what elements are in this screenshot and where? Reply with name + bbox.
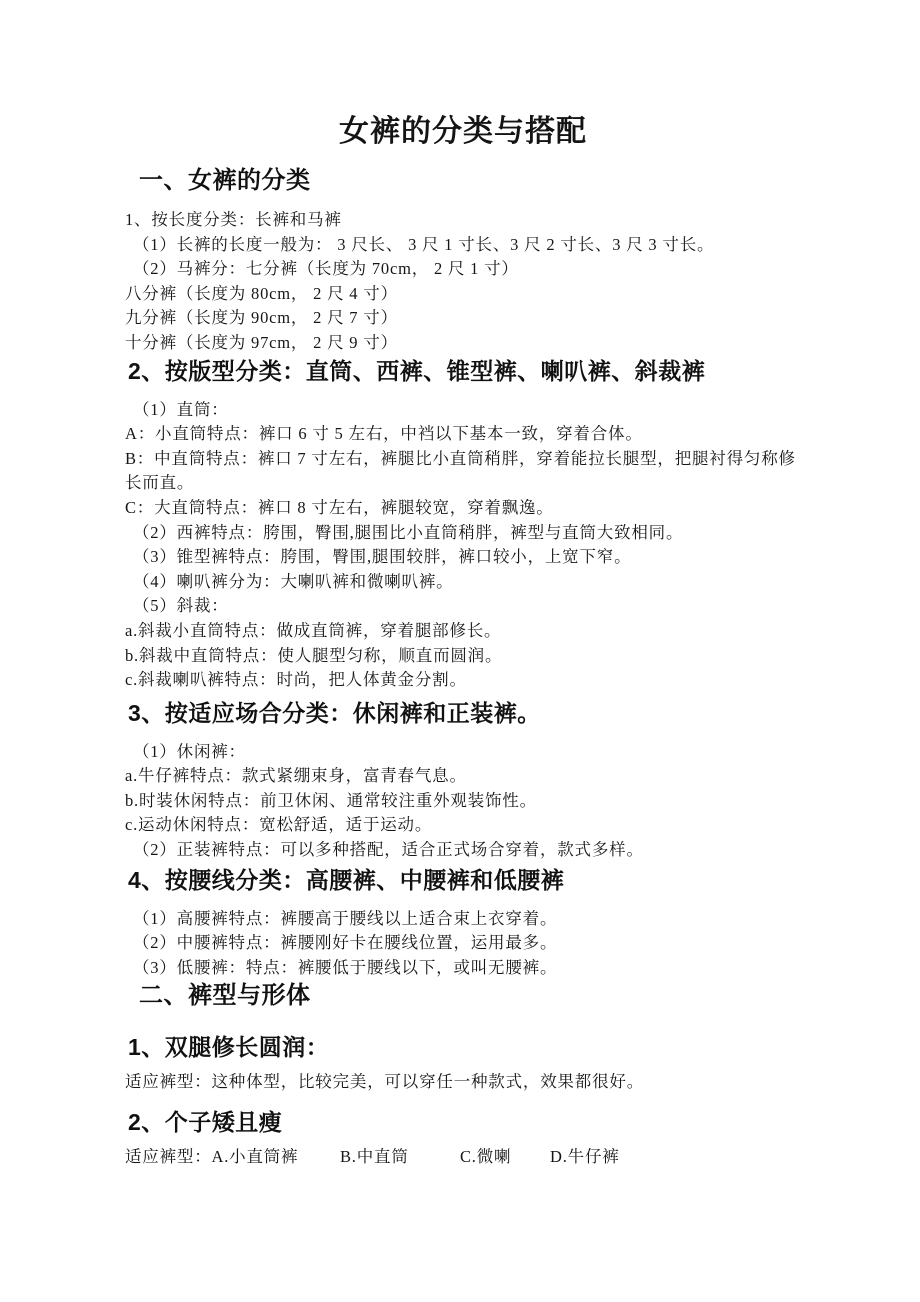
paragraph-ma-pants: （2）马裤分：七分裤（长度为 70cm， 2 尺 1 寸）: [125, 257, 801, 282]
fit-options-line: 适应裤型：A.小直筒裤B.中直筒C.微喇D.牛仔裤: [125, 1145, 801, 1170]
fit-option-b: B.中直筒: [340, 1145, 460, 1170]
paragraph-suit-pants: （2）西裤特点：胯围，臀围,腿围比小直筒稍胖，裤型与直筒大致相同。: [125, 521, 801, 546]
paragraph-bias-mid-straight: b.斜裁中直筒特点：使人腿型匀称，顺直而圆润。: [125, 644, 801, 669]
paragraph-jeans: a.牛仔裤特点：款式紧绷束身，富青春气息。: [125, 764, 801, 789]
paragraph-cone-pants: （3）锥型裤特点：胯围，臀围,腿围较胖，裤口较小，上宽下窄。: [125, 545, 801, 570]
paragraph-fit-perfect: 适应裤型：这种体型，比较完美，可以穿任一种款式，效果都很好。: [125, 1070, 801, 1095]
subsection3-heading: 3、按适应场合分类：休闲裤和正装裤。: [128, 698, 801, 729]
paragraph-sport-casual: c.运动休闲特点：宽松舒适，适于运动。: [125, 813, 801, 838]
section2-heading: 二、裤型与形体: [139, 980, 801, 1012]
paragraph-low-waist: （3）低腰裤：特点：裤腰低于腰线以下，或叫无腰裤。: [125, 956, 801, 981]
subsection4-heading: 4、按腰线分类：高腰裤、中腰裤和低腰裤: [128, 865, 801, 896]
paragraph-flare-pants: （4）喇叭裤分为：大喇叭裤和微喇叭裤。: [125, 570, 801, 595]
body-type2-heading: 2、个子矮且瘦: [128, 1107, 801, 1138]
fit-options-lead: 适应裤型：A.小直筒裤: [125, 1145, 340, 1170]
paragraph-bias-flare: c.斜裁喇叭裤特点：时尚，把人体黄金分割。: [125, 668, 801, 693]
paragraph-high-waist: （1）高腰裤特点：裤腰高于腰线以上适合束上衣穿着。: [125, 907, 801, 932]
section1-heading: 一、女裤的分类: [139, 165, 801, 197]
paragraph-eighth-pants: 八分裤（长度为 80cm， 2 尺 4 寸）: [125, 282, 801, 307]
paragraph-bias-small-straight: a.斜裁小直筒特点：做成直筒裤，穿着腿部修长。: [125, 619, 801, 644]
paragraph-ninth-pants: 九分裤（长度为 90cm， 2 尺 7 寸）: [125, 306, 801, 331]
subsection2-heading: 2、按版型分类：直筒、西裤、锥型裤、喇叭裤、斜裁裤: [128, 356, 801, 387]
document-title: 女裤的分类与搭配: [125, 112, 801, 152]
paragraph-fashion-casual: b.时装休闲特点：前卫休闲、通常较注重外观装饰性。: [125, 789, 801, 814]
fit-option-d: D.牛仔裤: [550, 1145, 620, 1170]
paragraph-long-pants: （1）长裤的长度一般为： 3 尺长、 3 尺 1 寸长、3 尺 2 寸长、3 尺…: [125, 233, 801, 258]
paragraph-mid-waist: （2）中腰裤特点：裤腰刚好卡在腰线位置，运用最多。: [125, 931, 801, 956]
paragraph-straight-large: C：大直筒特点：裤口 8 寸左右，裤腿较宽，穿着飘逸。: [125, 496, 801, 521]
paragraph-formal-pants: （2）正装裤特点：可以多种搭配，适合正式场合穿着，款式多样。: [125, 838, 801, 863]
paragraph-straight: （1）直筒：: [125, 398, 801, 423]
fit-option-c: C.微喇: [460, 1145, 550, 1170]
body-type1-heading: 1、双腿修长圆润：: [128, 1032, 801, 1063]
paragraph-length-classify: 1、按长度分类：长裤和马裤: [125, 208, 801, 233]
paragraph-casual-pants: （1）休闲裤：: [125, 740, 801, 765]
paragraph-straight-small: A：小直筒特点：裤口 6 寸 5 左右，中裆以下基本一致，穿着合体。: [125, 422, 801, 447]
paragraph-tenth-pants: 十分裤（长度为 97cm， 2 尺 9 寸）: [125, 331, 801, 356]
paragraph-straight-mid: B：中直筒特点：裤口 7 寸左右，裤腿比小直筒稍胖，穿着能拉长腿型，把腿衬得匀称…: [125, 447, 801, 496]
document-page: 女裤的分类与搭配 一、女裤的分类 1、按长度分类：长裤和马裤 （1）长裤的长度一…: [0, 0, 920, 1302]
paragraph-bias-cut: （5）斜裁：: [125, 594, 801, 619]
